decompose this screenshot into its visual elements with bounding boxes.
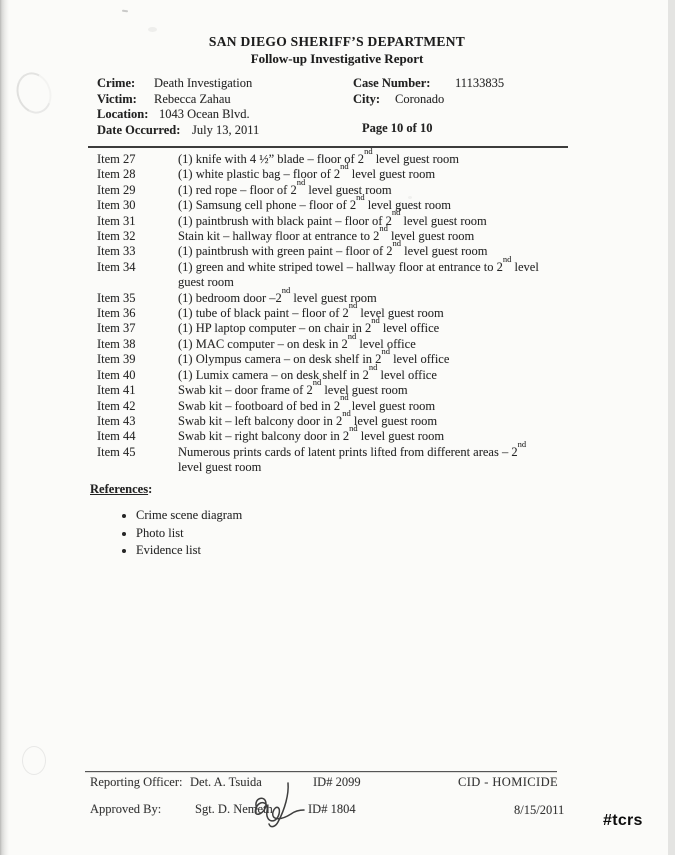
- unit-name: CID - HOMICIDE: [458, 775, 558, 790]
- evidence-item-row: Item 34 (1) green and white striped towe…: [97, 260, 562, 291]
- evidence-item-description: (1) tube of black paint – floor of 2nd l…: [178, 306, 562, 321]
- evidence-item-row: Item 33 (1) paintbrush with green paint …: [97, 244, 562, 259]
- evidence-item-row: Item 35 (1) bedroom door –2nd level gues…: [97, 291, 562, 306]
- scanned-report-page: SAN DIEGO SHERIFF’S DEPARTMENT Follow-up…: [0, 0, 675, 855]
- evidence-item-description: (1) paintbrush with black paint – floor …: [178, 214, 562, 229]
- evidence-item-description: Swab kit – right balcony door in 2nd lev…: [178, 429, 562, 444]
- evidence-item-description: Swab kit – left balcony door in 2nd leve…: [178, 414, 562, 429]
- evidence-item-number: Item 27: [97, 152, 178, 167]
- evidence-item-row: Item 27 (1) knife with 4 ½” blade – floo…: [97, 152, 562, 167]
- items-list: Item 27 (1) knife with 4 ½” blade – floo…: [97, 152, 562, 476]
- evidence-item-description: (1) Samsung cell phone – floor of 2nd le…: [178, 198, 562, 213]
- evidence-item-description: (1) white plastic bag – floor of 2nd lev…: [178, 167, 562, 182]
- evidence-item-description: Swab kit – footboard of bed in 2nd level…: [178, 399, 562, 414]
- date-occurred-value: July 13, 2011: [192, 123, 259, 137]
- scan-artifact-circle-bottom: [22, 746, 46, 775]
- reporting-officer-id: ID# 2099: [313, 775, 361, 790]
- evidence-item-number: Item 36: [97, 306, 178, 321]
- evidence-item-row: Item 39 (1) Olympus camera – on desk she…: [97, 352, 562, 367]
- references-heading-text: References: [90, 482, 148, 496]
- evidence-item-row: Item 44 Swab kit – right balcony door in…: [97, 429, 562, 444]
- location-label: Location:: [97, 107, 159, 122]
- evidence-item-row: Item 36 (1) tube of black paint – floor …: [97, 306, 562, 321]
- reporting-officer-label: Reporting Officer:: [90, 775, 182, 790]
- date-occurred-field: Date Occurred:July 13, 2011: [97, 123, 259, 139]
- evidence-item-row: Item 45 Numerous prints cards of latent …: [97, 445, 562, 476]
- footer-divider-line: [85, 771, 557, 772]
- evidence-item-number: Item 32: [97, 229, 178, 244]
- location-value: 1043 Ocean Blvd.: [159, 107, 250, 121]
- victim-label: Victim:: [97, 92, 154, 107]
- evidence-item-number: Item 34: [97, 260, 178, 291]
- tcrs-watermark: #tcrs: [603, 812, 643, 830]
- evidence-item-description: (1) Lumix camera – on desk shelf in 2nd …: [178, 368, 562, 383]
- references-list: Crime scene diagram Photo list Evidence …: [99, 507, 242, 560]
- evidence-item-description: (1) HP laptop computer – on chair in 2nd…: [178, 321, 562, 336]
- reference-item: Crime scene diagram: [136, 507, 242, 525]
- evidence-item-description: (1) green and white striped towel – hall…: [178, 260, 562, 291]
- header-divider-line: [88, 146, 568, 148]
- approver-signature: [246, 781, 308, 833]
- evidence-item-number: Item 42: [97, 399, 178, 414]
- evidence-item-row: Item 32 Stain kit – hallway floor at ent…: [97, 229, 562, 244]
- scan-edge-left: [0, 0, 9, 855]
- case-number-field: Case Number:11133835: [353, 76, 504, 92]
- scan-speck: [148, 27, 157, 32]
- evidence-item-row: Item 31 (1) paintbrush with black paint …: [97, 214, 562, 229]
- evidence-item-number: Item 44: [97, 429, 178, 444]
- scan-artifact-circle-top: [11, 67, 57, 118]
- evidence-item-number: Item 41: [97, 383, 178, 398]
- evidence-item-row: Item 43 Swab kit – left balcony door in …: [97, 414, 562, 429]
- evidence-item-row: Item 29 (1) red rope – floor of 2nd leve…: [97, 183, 562, 198]
- evidence-item-number: Item 33: [97, 244, 178, 259]
- approval-date: 8/15/2011: [514, 803, 564, 818]
- case-info-left: Crime:Death Investigation Victim:Rebecca…: [97, 76, 259, 138]
- evidence-item-row: Item 41 Swab kit – door frame of 2nd lev…: [97, 383, 562, 398]
- evidence-item-description: Swab kit – door frame of 2nd level guest…: [178, 383, 562, 398]
- evidence-item-number: Item 29: [97, 183, 178, 198]
- evidence-item-number: Item 35: [97, 291, 178, 306]
- crime-label: Crime:: [97, 76, 154, 91]
- case-info-right: Case Number:11133835 City:Coronado: [353, 76, 504, 107]
- evidence-item-number: Item 28: [97, 167, 178, 182]
- department-title: SAN DIEGO SHERIFF’S DEPARTMENT: [97, 34, 577, 50]
- city-field: City:Coronado: [353, 92, 504, 108]
- evidence-item-row: Item 40 (1) Lumix camera – on desk shelf…: [97, 368, 562, 383]
- city-value: Coronado: [395, 92, 444, 106]
- evidence-item-description: (1) bedroom door –2nd level guest room: [178, 291, 562, 306]
- evidence-item-row: Item 42 Swab kit – footboard of bed in 2…: [97, 399, 562, 414]
- case-number-label: Case Number:: [353, 76, 455, 91]
- page-number: Page 10 of 10: [362, 121, 432, 136]
- date-occurred-label: Date Occurred:: [97, 123, 192, 138]
- evidence-item-number: Item 30: [97, 198, 178, 213]
- evidence-item-row: Item 30 (1) Samsung cell phone – floor o…: [97, 198, 562, 213]
- victim-field: Victim:Rebecca Zahau: [97, 92, 259, 108]
- evidence-item-description: (1) knife with 4 ½” blade – floor of 2nd…: [178, 152, 562, 167]
- crime-field: Crime:Death Investigation: [97, 76, 259, 92]
- approved-by-id: ID# 1804: [308, 802, 356, 817]
- evidence-item-row: Item 28 (1) white plastic bag – floor of…: [97, 167, 562, 182]
- location-field: Location:1043 Ocean Blvd.: [97, 107, 259, 123]
- evidence-item-row: Item 38 (1) MAC computer – on desk in 2n…: [97, 337, 562, 352]
- case-number-value: 11133835: [455, 76, 504, 90]
- victim-value: Rebecca Zahau: [154, 92, 231, 106]
- evidence-item-number: Item 45: [97, 445, 178, 476]
- evidence-item-number: Item 40: [97, 368, 178, 383]
- evidence-item-description: Stain kit – hallway floor at entrance to…: [178, 229, 562, 244]
- evidence-item-description: (1) red rope – floor of 2nd level guest …: [178, 183, 562, 198]
- reference-item: Evidence list: [136, 542, 242, 560]
- references-heading: References:: [90, 482, 152, 497]
- crime-value: Death Investigation: [154, 76, 252, 90]
- evidence-item-row: Item 37 (1) HP laptop computer – on chai…: [97, 321, 562, 336]
- references-heading-colon: :: [148, 482, 152, 496]
- evidence-item-number: Item 39: [97, 352, 178, 367]
- evidence-item-description: (1) MAC computer – on desk in 2nd level …: [178, 337, 562, 352]
- evidence-item-number: Item 38: [97, 337, 178, 352]
- evidence-item-number: Item 43: [97, 414, 178, 429]
- reference-item: Photo list: [136, 525, 242, 543]
- evidence-item-number: Item 37: [97, 321, 178, 336]
- evidence-item-number: Item 31: [97, 214, 178, 229]
- scan-edge-right: [668, 0, 675, 855]
- scan-speck: [122, 10, 128, 13]
- evidence-item-description: Numerous prints cards of latent prints l…: [178, 445, 562, 476]
- approved-by-label: Approved By:: [90, 802, 161, 817]
- report-type-title: Follow-up Investigative Report: [97, 51, 577, 67]
- city-label: City:: [353, 92, 395, 107]
